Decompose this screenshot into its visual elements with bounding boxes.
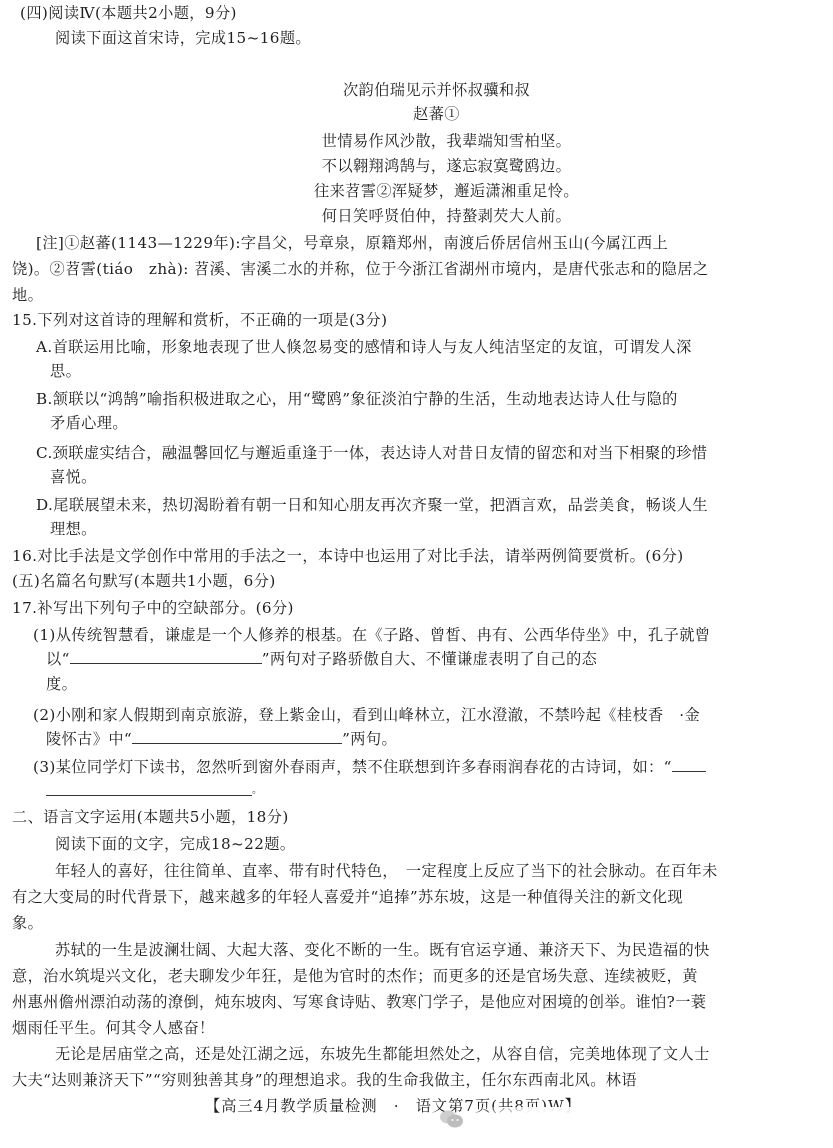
poem-author: 赵蕃① (0, 103, 833, 125)
option-c: C.颈联虚实结合，融温馨回忆与邂逅重逢于一体，表达诗人对昔日友情的留恋和对当下相… (36, 442, 707, 464)
answer-blank[interactable] (70, 649, 262, 664)
annotation: 地。 (12, 284, 43, 306)
option-d-cont: 理想。 (50, 518, 97, 540)
reading-instruction: 阅读下面的文字，完成18~22题。 (55, 833, 295, 855)
annotation: [注]①赵蕃(1143—1229年):字昌父，号章泉，原籍郑州，南渡后侨居信州玉… (36, 232, 668, 254)
wechat-icon (438, 1108, 466, 1130)
section-heading: (五)名篇名句默写(本题共1小题，6分) (12, 570, 276, 592)
paragraph-line: 意，治水筑堤兴文化，老夫聊发少年狂，是他为官时的杰作；而更多的还是官场失意、连续… (12, 965, 698, 987)
paragraph-line: 象。 (12, 912, 43, 934)
paragraph-line: 无论是居庙堂之高，还是处江湖之远，东坡先生都能坦然处之，从容自信，完美地体现了文… (55, 1043, 710, 1065)
q17-item-3: (3)某位同学灯下读书，忽然听到窗外春雨声，禁不住联想到许多春雨润春花的古诗词，… (33, 756, 706, 778)
text: 。 (252, 785, 262, 796)
part-heading: 二、语言文字运用(本题共5小题，18分) (12, 806, 289, 828)
question-15-stem: 15.下列对这首诗的理解和赏析，不正确的一项是(3分) (12, 309, 387, 331)
paragraph-line: 苏轼的一生是波澜壮阔、大起大落、变化不断的一生。既有官运亨通、兼济天下、为民造福… (55, 939, 710, 961)
watermark-overlay (470, 1107, 630, 1148)
option-a-cont: 思。 (50, 360, 81, 382)
answer-blank[interactable] (672, 757, 706, 772)
text: ”两句对子路骄傲自大、不懂谦虚表明了自己的态 (262, 650, 598, 668)
paragraph-line: 年轻人的喜好，往往简单、直率、带有时代特色， 一定程度上反应了当下的社会脉动。在… (55, 860, 718, 882)
question-17-stem: 17.补写出下列句子中的空缺部分。(6分) (12, 597, 294, 619)
poem-line: 往来苕霅②浑疑梦，邂逅潇湘重足怜。 (0, 180, 833, 202)
section-heading: (四)阅读Ⅳ(本题共2小题，9分) (20, 2, 237, 24)
answer-blank[interactable] (132, 729, 342, 744)
option-b: B.颔联以“鸿鹄”喻指积极进取之心，用“鹭鸥”象征淡泊宁静的生活，生动地表达诗人… (36, 388, 678, 410)
text: (3)某位同学灯下读书，忽然听到窗外春雨声，禁不住联想到许多春雨润春花的古诗词，… (33, 758, 672, 776)
exam-page: (四)阅读Ⅳ(本题共2小题，9分) 阅读下面这首宋诗，完成15~16题。 次韵伯… (0, 0, 833, 1148)
text: 以“ (46, 650, 70, 668)
q17-item-2-cont: 陵怀古》中“”两句。 (46, 728, 397, 750)
paragraph-line: 大夫“达则兼济天下”“穷则独善其身”的理想追求。我的生命我做主，任尔东西南北风。… (12, 1069, 637, 1091)
text: ”两句。 (342, 730, 397, 748)
poem-line: 何日笑呼贤伯仲，持螯剥芡大人前。 (0, 205, 833, 227)
answer-blank[interactable] (46, 781, 252, 796)
question-16-stem: 16.对比手法是文学创作中常用的手法之一，本诗中也运用了对比手法，请举两例简要赏… (12, 545, 684, 567)
q17-item-2: (2)小刚和家人假期到南京旅游，登上紫金山，看到山峰林立，江水澄澈，不禁吟起《桂… (33, 704, 700, 726)
poem-title: 次韵伯瑞见示并怀叔骥和叔 (0, 79, 833, 101)
paragraph-line: 有之大变局的时代背景下，越来越多的年轻人喜爱并“追捧”苏东坡，这是一种值得关注的… (12, 886, 683, 908)
option-b-cont: 矛盾心理。 (50, 412, 128, 434)
q17-item-1-cont: 以“”两句对子路骄傲自大、不懂谦虚表明了自己的态 (46, 648, 597, 670)
option-d: D.尾联展望未来，热切渴盼着有朝一日和知心朋友再次齐聚一堂，把酒言欢，品尝美食，… (36, 494, 708, 516)
paragraph-line: 烟雨任平生。何其令人感奋！ (12, 1017, 215, 1039)
text: 陵怀古》中“ (46, 730, 132, 748)
option-c-cont: 喜悦。 (50, 466, 97, 488)
option-a: A.首联运用比喻，形象地表现了世人倏忽易变的感情和诗人与友人纯洁坚定的友谊，可谓… (36, 336, 692, 358)
paragraph-line: 州惠州儋州漂泊动荡的潦倒，炖东坡肉、写寒食诗贴、教寒门学子，是他应对困境的创举。… (12, 991, 706, 1013)
poem-line: 不以翱翔鸿鹄与，遂忘寂寞鹭鸥边。 (0, 155, 833, 177)
reading-instruction: 阅读下面这首宋诗，完成15~16题。 (55, 27, 311, 49)
q17-item-1: (1)从传统智慧看，谦虚是一个人修养的根基。在《子路、曾皙、冉有、公西华侍坐》中… (33, 624, 710, 646)
q17-item-1-end: 度。 (46, 673, 77, 695)
poem-line: 世情易作风沙散，我辈端知雪柏坚。 (0, 130, 833, 152)
q17-item-3-cont: 。 (46, 780, 262, 802)
annotation: 饶)。②苕霅(tiáo zhà): 苕溪、害溪二水的并称，位于今浙江省湖州市境内… (12, 258, 708, 280)
